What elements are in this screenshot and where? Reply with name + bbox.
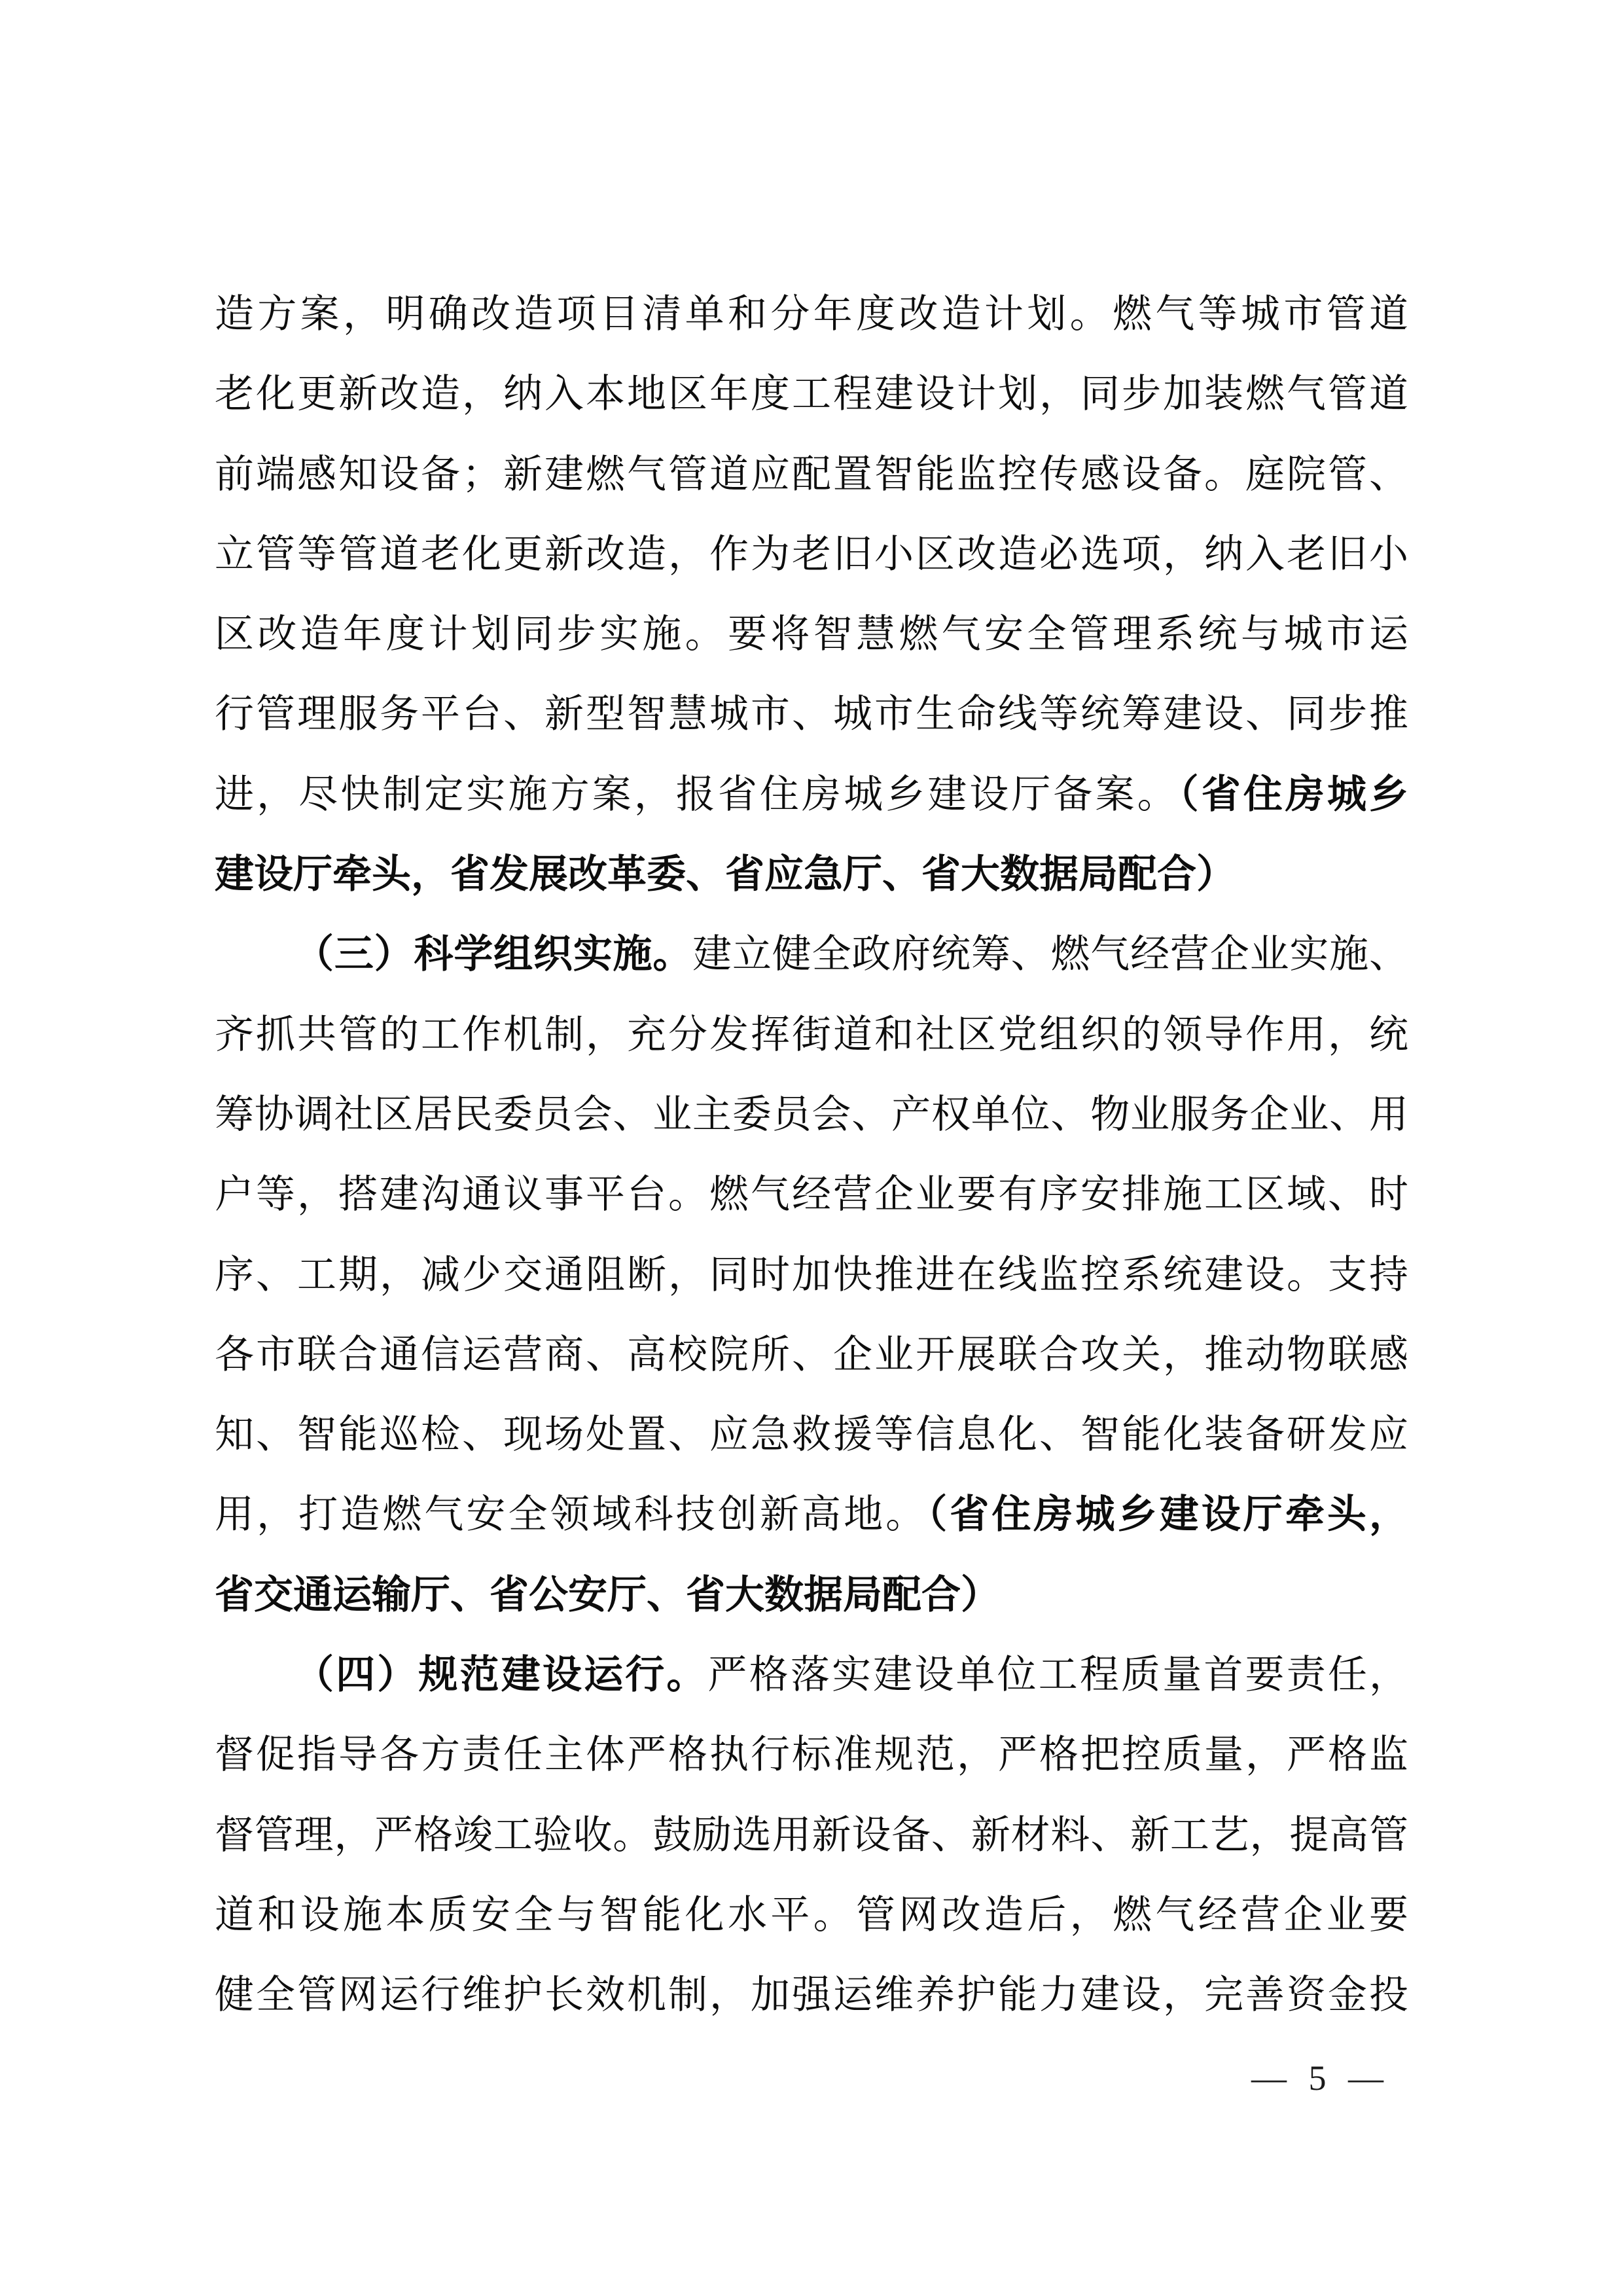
text-segment: 立管等管道老化更新改造，作为老旧小区改造必选项，纳入老旧小 bbox=[215, 533, 1408, 576]
text-line: （三）科学组织实施。建立健全政府统筹、燃气经营企业实施、 bbox=[215, 914, 1408, 994]
bold-text-segment: （省住房城乡 bbox=[1179, 773, 1408, 816]
text-segment: 进，尽快制定实施方案，报省住房城乡建设厅备案。 bbox=[215, 773, 1179, 816]
text-segment: 督促指导各方责任主体严格执行标准规范，严格把控质量，严格监 bbox=[215, 1733, 1408, 1776]
text-segment: 严格落实建设单位工程质量首要责任， bbox=[708, 1653, 1408, 1696]
text-line: 造方案，明确改造项目清单和分年度改造计划。燃气等城市管道 bbox=[215, 274, 1408, 354]
text-segment: 造方案，明确改造项目清单和分年度改造计划。燃气等城市管道 bbox=[215, 293, 1408, 336]
text-line: 用，打造燃气安全领域科技创新高地。（省住房城乡建设厅牵头， bbox=[215, 1475, 1408, 1554]
text-segment: 用，打造燃气安全领域科技创新高地。 bbox=[215, 1493, 927, 1536]
text-line: 户等，搭建沟通议事平台。燃气经营企业要有序安排施工区域、时 bbox=[215, 1155, 1408, 1234]
text-segment: 健全管网运行维护长效机制，加强运维养护能力建设，完善资金投 bbox=[215, 1973, 1408, 2017]
bold-text-segment: 建设厅牵头，省发展改革委、省应急厅、省大数据局配合） bbox=[215, 853, 1236, 896]
text-segment: 行管理服务平台、新型智慧城市、城市生命线等统筹建设、同步推 bbox=[215, 692, 1408, 736]
text-line: 道和设施本质安全与智能化水平。管网改造后，燃气经营企业要 bbox=[215, 1875, 1408, 1955]
text-line: 督管理，严格竣工验收。鼓励选用新设备、新材料、新工艺，提高管 bbox=[215, 1795, 1408, 1875]
text-line: 老化更新改造，纳入本地区年度工程建设计划，同步加装燃气管道 bbox=[215, 354, 1408, 434]
document-page: 造方案，明确改造项目清单和分年度改造计划。燃气等城市管道老化更新改造，纳入本地区… bbox=[0, 0, 1623, 2296]
text-line: 知、智能巡检、现场处置、应急救援等信息化、智能化装备研发应 bbox=[215, 1395, 1408, 1475]
page-number: — 5 — bbox=[1251, 2058, 1390, 2098]
text-line: 督促指导各方责任主体严格执行标准规范，严格把控质量，严格监 bbox=[215, 1715, 1408, 1795]
text-line: 立管等管道老化更新改造，作为老旧小区改造必选项，纳入老旧小 bbox=[215, 514, 1408, 594]
text-line: 省交通运输厅、省公安厅、省大数据局配合） bbox=[215, 1555, 1408, 1635]
text-line: 健全管网运行维护长效机制，加强运维养护能力建设，完善资金投 bbox=[215, 1955, 1408, 2035]
text-line: 各市联合通信运营商、高校院所、企业开展联合攻关，推动物联感 bbox=[215, 1315, 1408, 1395]
text-line: 区改造年度计划同步实施。要将智慧燃气安全管理系统与城市运 bbox=[215, 594, 1408, 674]
text-segment: 建立健全政府统筹、燃气经营企业实施、 bbox=[692, 933, 1408, 976]
document-body: 造方案，明确改造项目清单和分年度改造计划。燃气等城市管道老化更新改造，纳入本地区… bbox=[215, 274, 1408, 2036]
text-segment: 前端感知设备；新建燃气管道应配置智能监控传感设备。庭院管、 bbox=[215, 453, 1408, 496]
text-line: 齐抓共管的工作机制，充分发挥街道和社区党组织的领导作用，统 bbox=[215, 995, 1408, 1075]
text-segment: 户等，搭建沟通议事平台。燃气经营企业要有序安排施工区域、时 bbox=[215, 1173, 1408, 1216]
text-segment: 督管理，严格竣工验收。鼓励选用新设备、新材料、新工艺，提高管 bbox=[215, 1814, 1408, 1857]
text-line: 行管理服务平台、新型智慧城市、城市生命线等统筹建设、同步推 bbox=[215, 674, 1408, 754]
bold-text-segment: （省住房城乡建设厅牵头， bbox=[927, 1493, 1408, 1536]
text-segment: 筹协调社区居民委员会、业主委员会、产权单位、物业服务企业、用 bbox=[215, 1093, 1408, 1136]
text-line: 序、工期，减少交通阻断，同时加快推进在线监控系统建设。支持 bbox=[215, 1235, 1408, 1315]
text-line: 筹协调社区居民委员会、业主委员会、产权单位、物业服务企业、用 bbox=[215, 1075, 1408, 1155]
text-segment: 道和设施本质安全与智能化水平。管网改造后，燃气经营企业要 bbox=[215, 1893, 1408, 1937]
text-line: 进，尽快制定实施方案，报省住房城乡建设厅备案。（省住房城乡 bbox=[215, 755, 1408, 834]
text-line: 建设厅牵头，省发展改革委、省应急厅、省大数据局配合） bbox=[215, 834, 1408, 914]
text-line: （四）规范建设运行。严格落实建设单位工程质量首要责任， bbox=[215, 1635, 1408, 1715]
text-segment: 知、智能巡检、现场处置、应急救援等信息化、智能化装备研发应 bbox=[215, 1413, 1408, 1456]
bold-text-segment: 省交通运输厅、省公安厅、省大数据局配合） bbox=[215, 1573, 1000, 1617]
text-line: 前端感知设备；新建燃气管道应配置智能监控传感设备。庭院管、 bbox=[215, 435, 1408, 514]
bold-text-segment: （四）规范建设运行。 bbox=[294, 1653, 708, 1696]
text-segment: 序、工期，减少交通阻断，同时加快推进在线监控系统建设。支持 bbox=[215, 1253, 1408, 1297]
text-segment: 老化更新改造，纳入本地区年度工程建设计划，同步加装燃气管道 bbox=[215, 372, 1408, 416]
text-segment: 各市联合通信运营商、高校院所、企业开展联合攻关，推动物联感 bbox=[215, 1333, 1408, 1376]
bold-text-segment: （三）科学组织实施。 bbox=[294, 933, 692, 976]
text-segment: 齐抓共管的工作机制，充分发挥街道和社区党组织的领导作用，统 bbox=[215, 1013, 1408, 1056]
text-segment: 区改造年度计划同步实施。要将智慧燃气安全管理系统与城市运 bbox=[215, 613, 1408, 656]
